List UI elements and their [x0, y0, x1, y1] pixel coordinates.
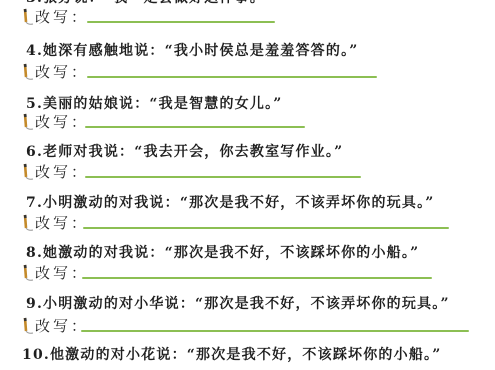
pencil-icon	[22, 8, 34, 26]
question-10: 10.他激动的对小花说：“那次是我不好，不该踩坏你的小船。”	[22, 347, 441, 363]
question-8: 8.她激动的对我说：“那次是我不好，不该踩坏你的小船。”	[26, 245, 419, 261]
rewrite-row-3: 改写：	[22, 6, 322, 28]
rewrite-row-4: 改写：	[22, 61, 402, 83]
question-5: 5.美丽的姑娘说：“我是智慧的女儿。”	[26, 96, 283, 112]
question-text: 小明激动的对我说：“那次是我不好，不该弄坏你的玩具。”	[43, 195, 435, 211]
question-number: 9.	[26, 296, 43, 312]
question-9: 9.小明激动的对小华说：“那次是我不好，不该弄坏你的玩具。”	[26, 296, 450, 312]
answer-line-5[interactable]	[85, 126, 305, 128]
answer-line-6[interactable]	[85, 176, 361, 178]
pencil-icon	[22, 163, 34, 181]
rewrite-label: 改写：	[35, 114, 89, 130]
question-7: 7.小明激动的对我说：“那次是我不好，不该弄坏你的玩具。”	[26, 195, 435, 211]
question-6: 6.老师对我说：“我去开会，你去教室写作业。”	[26, 144, 343, 160]
rewrite-row-8: 改写：	[22, 262, 462, 284]
rewrite-label: 改写：	[35, 164, 89, 180]
answer-line-7[interactable]	[83, 227, 449, 229]
rewrite-row-7: 改写：	[22, 212, 482, 234]
rewrite-row-6: 改写：	[22, 161, 392, 183]
pencil-icon	[22, 214, 34, 232]
question-text: 老师对我说：“我去开会，你去教室写作业。”	[43, 144, 343, 160]
question-text: 小明激动的对小华说：“那次是我不好，不该弄坏你的玩具。”	[43, 296, 450, 312]
answer-line-4[interactable]	[87, 76, 377, 78]
rewrite-row-5: 改写：	[22, 111, 332, 133]
question-number: 8.	[26, 245, 43, 261]
answer-line-8[interactable]	[82, 277, 432, 279]
pencil-icon	[22, 264, 34, 282]
question-text: 他激动的对小花说：“那次是我不好，不该踩坏你的小船。”	[50, 347, 442, 363]
rewrite-row-9: 改写：	[22, 315, 495, 337]
question-text: 她激动的对我说：“那次是我不好，不该踩坏你的小船。”	[43, 245, 419, 261]
question-number: 7.	[26, 195, 43, 211]
question-number: 10.	[22, 347, 50, 363]
rewrite-label: 改写：	[35, 64, 89, 80]
answer-line-9[interactable]	[81, 330, 469, 332]
rewrite-label: 改写：	[35, 9, 89, 25]
rewrite-label: 改写：	[35, 215, 89, 231]
question-number: 4.	[26, 43, 43, 59]
question-text: 她深有感触地说：“我小时侯总是羞羞答答的。”	[43, 43, 359, 59]
question-number: 5.	[26, 96, 43, 112]
pencil-icon	[22, 317, 34, 335]
answer-line-3[interactable]	[87, 21, 275, 23]
question-text: 美丽的姑娘说：“我是智慧的女儿。”	[43, 96, 283, 112]
question-4: 4.她深有感触地说：“我小时侯总是羞羞答答的。”	[26, 43, 359, 59]
pencil-icon	[22, 63, 34, 81]
question-number: 6.	[26, 144, 43, 160]
rewrite-label: 改写：	[35, 265, 89, 281]
pencil-icon	[22, 113, 34, 131]
